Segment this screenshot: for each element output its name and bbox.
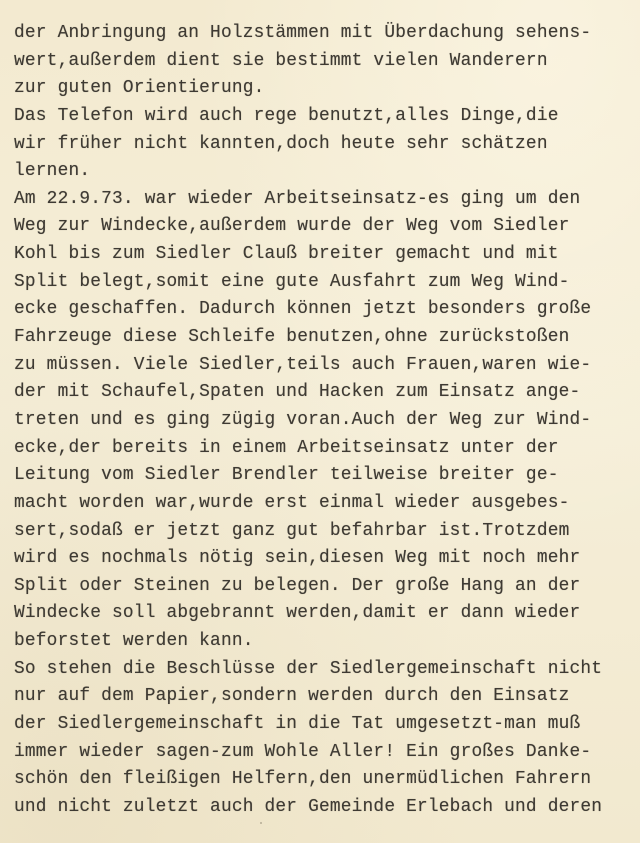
text-line: beforstet werden kann. — [14, 628, 622, 656]
text-line: ecke geschaffen. Dadurch können jetzt be… — [14, 296, 622, 324]
text-line: Split belegt,somit eine gute Ausfahrt zu… — [14, 269, 622, 297]
text-line: wert,außerdem dient sie bestimmt vielen … — [14, 48, 622, 76]
text-line: ecke,der bereits in einem Arbeitseinsatz… — [14, 435, 622, 463]
text-line: wir früher nicht kannten,doch heute sehr… — [14, 131, 622, 159]
typed-text-body: der Anbringung an Holzstämmen mit Überda… — [14, 20, 634, 822]
text-line: lernen. — [14, 158, 622, 186]
text-line: immer wieder sagen-zum Wohle Aller! Ein … — [14, 739, 622, 767]
text-line: Windecke soll abgebrannt werden,damit er… — [14, 600, 622, 628]
text-line: nur auf dem Papier,sondern werden durch … — [14, 683, 622, 711]
text-line: treten und es ging zügig voran.Auch der … — [14, 407, 622, 435]
text-line: macht worden war,wurde erst einmal wiede… — [14, 490, 622, 518]
text-line: Kohl bis zum Siedler Clauß breiter gemac… — [14, 241, 622, 269]
text-line: der Anbringung an Holzstämmen mit Überda… — [14, 20, 622, 48]
text-line: der mit Schaufel,Spaten und Hacken zum E… — [14, 379, 622, 407]
text-line: Das Telefon wird auch rege benutzt,alles… — [14, 103, 622, 131]
text-line: sert,sodaß er jetzt ganz gut befahrbar i… — [14, 518, 622, 546]
text-line: Leitung vom Siedler Brendler teilweise b… — [14, 462, 622, 490]
text-line: wird es nochmals nötig sein,diesen Weg m… — [14, 545, 622, 573]
text-line: Split oder Steinen zu belegen. Der große… — [14, 573, 622, 601]
text-line: Weg zur Windecke,außerdem wurde der Weg … — [14, 213, 622, 241]
text-line: Fahrzeuge diese Schleife benutzen,ohne z… — [14, 324, 622, 352]
typewritten-page: { "document": { "type": "typewritten-let… — [0, 0, 640, 843]
text-line: So stehen die Beschlüsse der Siedlergeme… — [14, 656, 622, 684]
text-line: der Siedlergemeinschaft in die Tat umges… — [14, 711, 622, 739]
text-line: schön den fleißigen Helfern,den unermüdl… — [14, 766, 622, 794]
text-line: Am 22.9.73. war wieder Arbeitseinsatz-es… — [14, 186, 622, 214]
text-line: und nicht zuletzt auch der Gemeinde Erle… — [14, 794, 622, 822]
text-line: zu müssen. Viele Siedler,teils auch Frau… — [14, 352, 622, 380]
text-line: zur guten Orientierung. — [14, 75, 622, 103]
paper-speck — [260, 822, 262, 824]
